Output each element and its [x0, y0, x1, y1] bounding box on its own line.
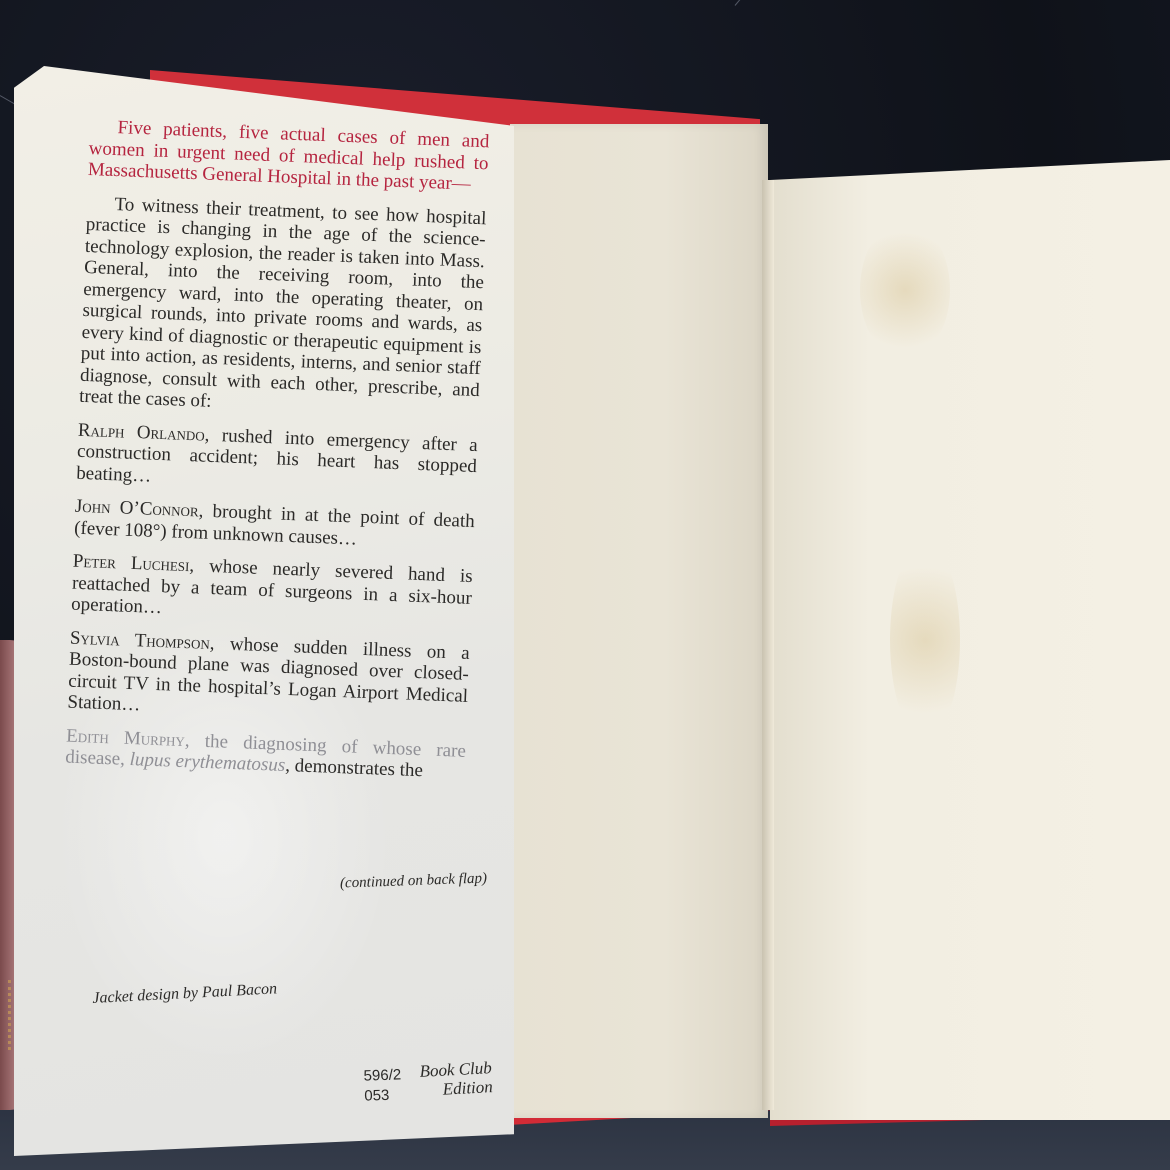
foxing-stain	[860, 220, 950, 360]
flap-tear	[8, 980, 21, 1050]
case-entry: John O’Connor, brought in at the point o…	[74, 496, 475, 554]
book-club-code: 596/2 053	[363, 1065, 402, 1106]
case-entry: Peter Luchesi, whose nearly severed hand…	[71, 551, 473, 631]
case-entry: Edith Murphy, the diagnosing of whose ra…	[65, 725, 466, 783]
description-paragraph: To witness their treatment, to see how h…	[79, 192, 487, 422]
front-endpaper	[510, 124, 768, 1118]
case-entry: Ralph Orlando, rushed into emergency aft…	[76, 419, 478, 499]
flap-copy: Five patients, five actual cases of men …	[64, 116, 489, 795]
photo-scene: Five patients, five actual cases of men …	[0, 0, 1170, 1170]
book-gutter	[762, 180, 774, 1110]
book-club-edition-label: Book Club Edition	[419, 1058, 493, 1100]
foxing-stain	[890, 540, 960, 740]
case-entry: Sylvia Thompson, whose sudden illness on…	[67, 627, 470, 728]
free-endpaper-page	[770, 160, 1170, 1120]
